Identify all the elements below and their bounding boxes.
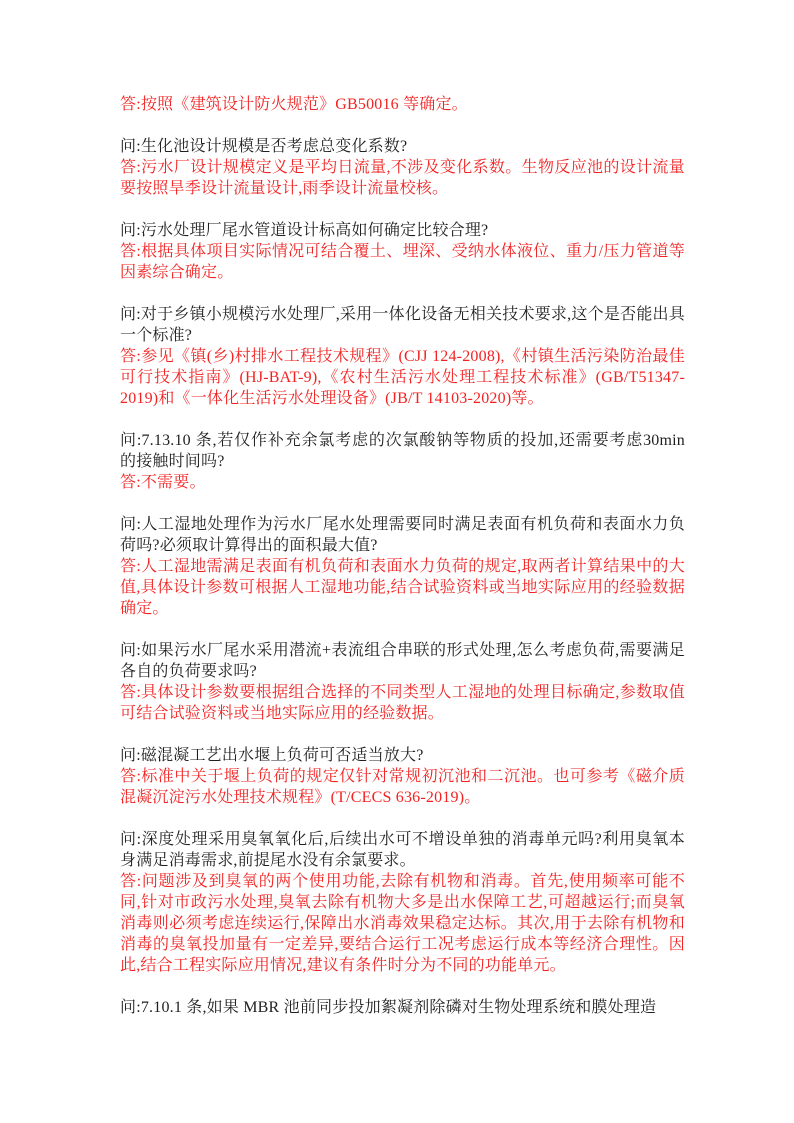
document-page: 答:按照《建筑设计防火规范》GB50016 等确定。 问:生化池设计规模是否考虑… xyxy=(0,0,794,1123)
qa-block: 问:7.13.10 条,若仅作补充余氯考虑的次氯酸钠等物质的投加,还需要考虑30… xyxy=(120,430,685,493)
answer-text: 答:根据具体项目实际情况可结合覆土、埋深、受纳水体液位、重力/压力管道等因素综合… xyxy=(120,241,685,283)
question-text: 问:人工湿地处理作为污水厂尾水处理需要同时满足表面有机负荷和表面水力负荷吗?必须… xyxy=(120,514,685,556)
question-text: 问:污水处理厂尾水管道设计标高如何确定比较合理? xyxy=(120,220,685,241)
qa-content: 答:按照《建筑设计防火规范》GB50016 等确定。 问:生化池设计规模是否考虑… xyxy=(120,94,685,1018)
question-text: 问:深度处理采用臭氧氧化后,后续出水可不增设单独的消毒单元吗?利用臭氧本身满足消… xyxy=(120,829,685,871)
qa-block: 问:生化池设计规模是否考虑总变化系数? 答:污水厂设计规模定义是平均日流量,不涉… xyxy=(120,136,685,199)
question-text: 问:生化池设计规模是否考虑总变化系数? xyxy=(120,136,685,157)
qa-block: 问:深度处理采用臭氧氧化后,后续出水可不增设单独的消毒单元吗?利用臭氧本身满足消… xyxy=(120,829,685,976)
qa-block: 问:人工湿地处理作为污水厂尾水处理需要同时满足表面有机负荷和表面水力负荷吗?必须… xyxy=(120,514,685,619)
answer-text: 答:人工湿地需满足表面有机负荷和表面水力负荷的规定,取两者计算结果中的大值,具体… xyxy=(120,556,685,619)
qa-block: 问:如果污水厂尾水采用潜流+表流组合串联的形式处理,怎么考虑负荷,需要满足各自的… xyxy=(120,640,685,724)
answer-text: 答:参见《镇(乡)村排水工程技术规程》(CJJ 124-2008),《村镇生活污… xyxy=(120,346,685,409)
question-text: 问:如果污水厂尾水采用潜流+表流组合串联的形式处理,怎么考虑负荷,需要满足各自的… xyxy=(120,640,685,682)
qa-block: 问:对于乡镇小规模污水处理厂,采用一体化设备无相关技术要求,这个是否能出具一个标… xyxy=(120,304,685,409)
qa-block: 问:7.10.1 条,如果 MBR 池前同步投加絮凝剂除磷对生物处理系统和膜处理… xyxy=(120,997,685,1018)
question-text: 问:磁混凝工艺出水堰上负荷可否适当放大? xyxy=(120,745,685,766)
answer-text: 答:不需要。 xyxy=(120,472,685,493)
question-text: 问:对于乡镇小规模污水处理厂,采用一体化设备无相关技术要求,这个是否能出具一个标… xyxy=(120,304,685,346)
qa-block: 问:污水处理厂尾水管道设计标高如何确定比较合理? 答:根据具体项目实际情况可结合… xyxy=(120,220,685,283)
qa-block: 答:按照《建筑设计防火规范》GB50016 等确定。 xyxy=(120,94,685,115)
answer-text: 答:按照《建筑设计防火规范》GB50016 等确定。 xyxy=(120,94,685,115)
answer-text: 答:污水厂设计规模定义是平均日流量,不涉及变化系数。生物反应池的设计流量要按照旱… xyxy=(120,157,685,199)
answer-text: 答:问题涉及到臭氧的两个使用功能,去除有机物和消毒。首先,使用频率可能不同,针对… xyxy=(120,871,685,976)
qa-block: 问:磁混凝工艺出水堰上负荷可否适当放大? 答:标准中关于堰上负荷的规定仅针对常规… xyxy=(120,745,685,808)
question-text: 问:7.10.1 条,如果 MBR 池前同步投加絮凝剂除磷对生物处理系统和膜处理… xyxy=(120,997,685,1018)
answer-text: 答:标准中关于堰上负荷的规定仅针对常规初沉池和二沉池。也可参考《磁介质混凝沉淀污… xyxy=(120,766,685,808)
answer-text: 答:具体设计参数要根据组合选择的不同类型人工湿地的处理目标确定,参数取值可结合试… xyxy=(120,682,685,724)
question-text: 问:7.13.10 条,若仅作补充余氯考虑的次氯酸钠等物质的投加,还需要考虑30… xyxy=(120,430,685,472)
